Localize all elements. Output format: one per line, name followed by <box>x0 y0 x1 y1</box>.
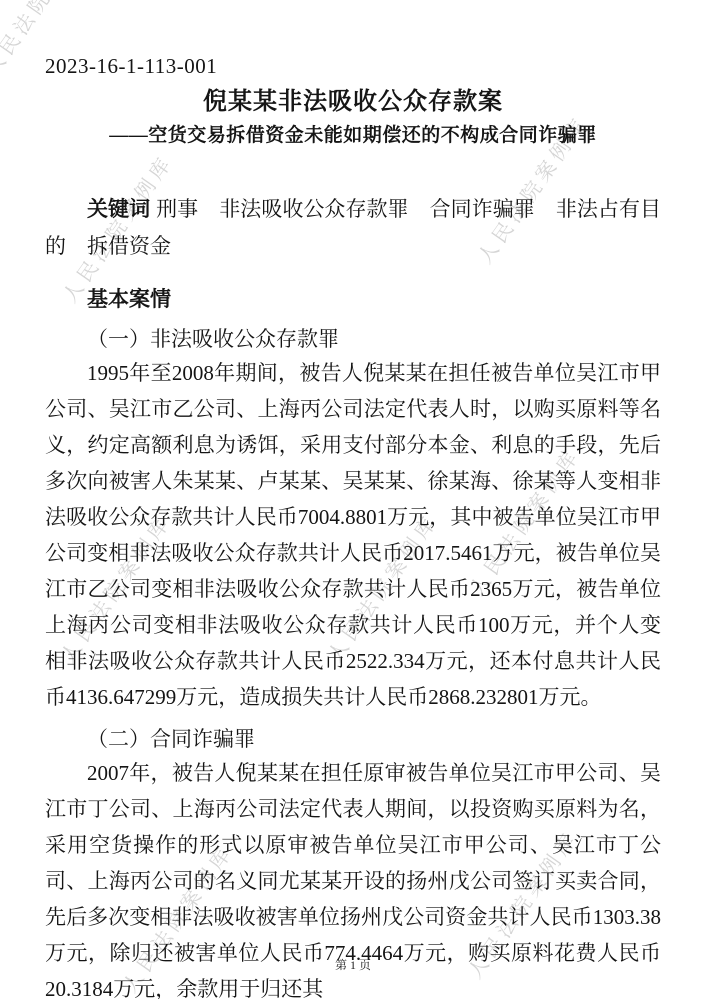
case-number: 2023-16-1-113-001 <box>45 53 661 79</box>
section-1-heading: （一）非法吸收公众存款罪 <box>45 323 661 355</box>
basic-facts-heading: 基本案情 <box>45 285 661 315</box>
section-2-heading: （二）合同诈骗罪 <box>45 723 661 755</box>
document-title: 倪某某非法吸收公众存款案 <box>45 87 661 117</box>
keywords-paragraph: 关键词刑事 非法吸收公众存款罪 合同诈骗罪 非法占有目的 拆借资金 <box>45 191 661 264</box>
document-page: 人民法院案例库 人民法院案例库 人民法院案例库 人民法院案例库 人民法院案例库 … <box>0 0 706 999</box>
document-subtitle: ——空货交易拆借资金未能如期偿还的不构成合同诈骗罪 <box>45 123 661 149</box>
section-1-paragraph: 1995年至2008年期间，被告人倪某某在担任被告单位吴江市甲公司、吴江市乙公司… <box>45 355 661 715</box>
document-content: 2023-16-1-113-001 倪某某非法吸收公众存款案 ——空货交易拆借资… <box>0 0 706 999</box>
page-footer: 第 1 页 <box>0 958 706 972</box>
keywords-label: 关键词 <box>87 198 150 221</box>
